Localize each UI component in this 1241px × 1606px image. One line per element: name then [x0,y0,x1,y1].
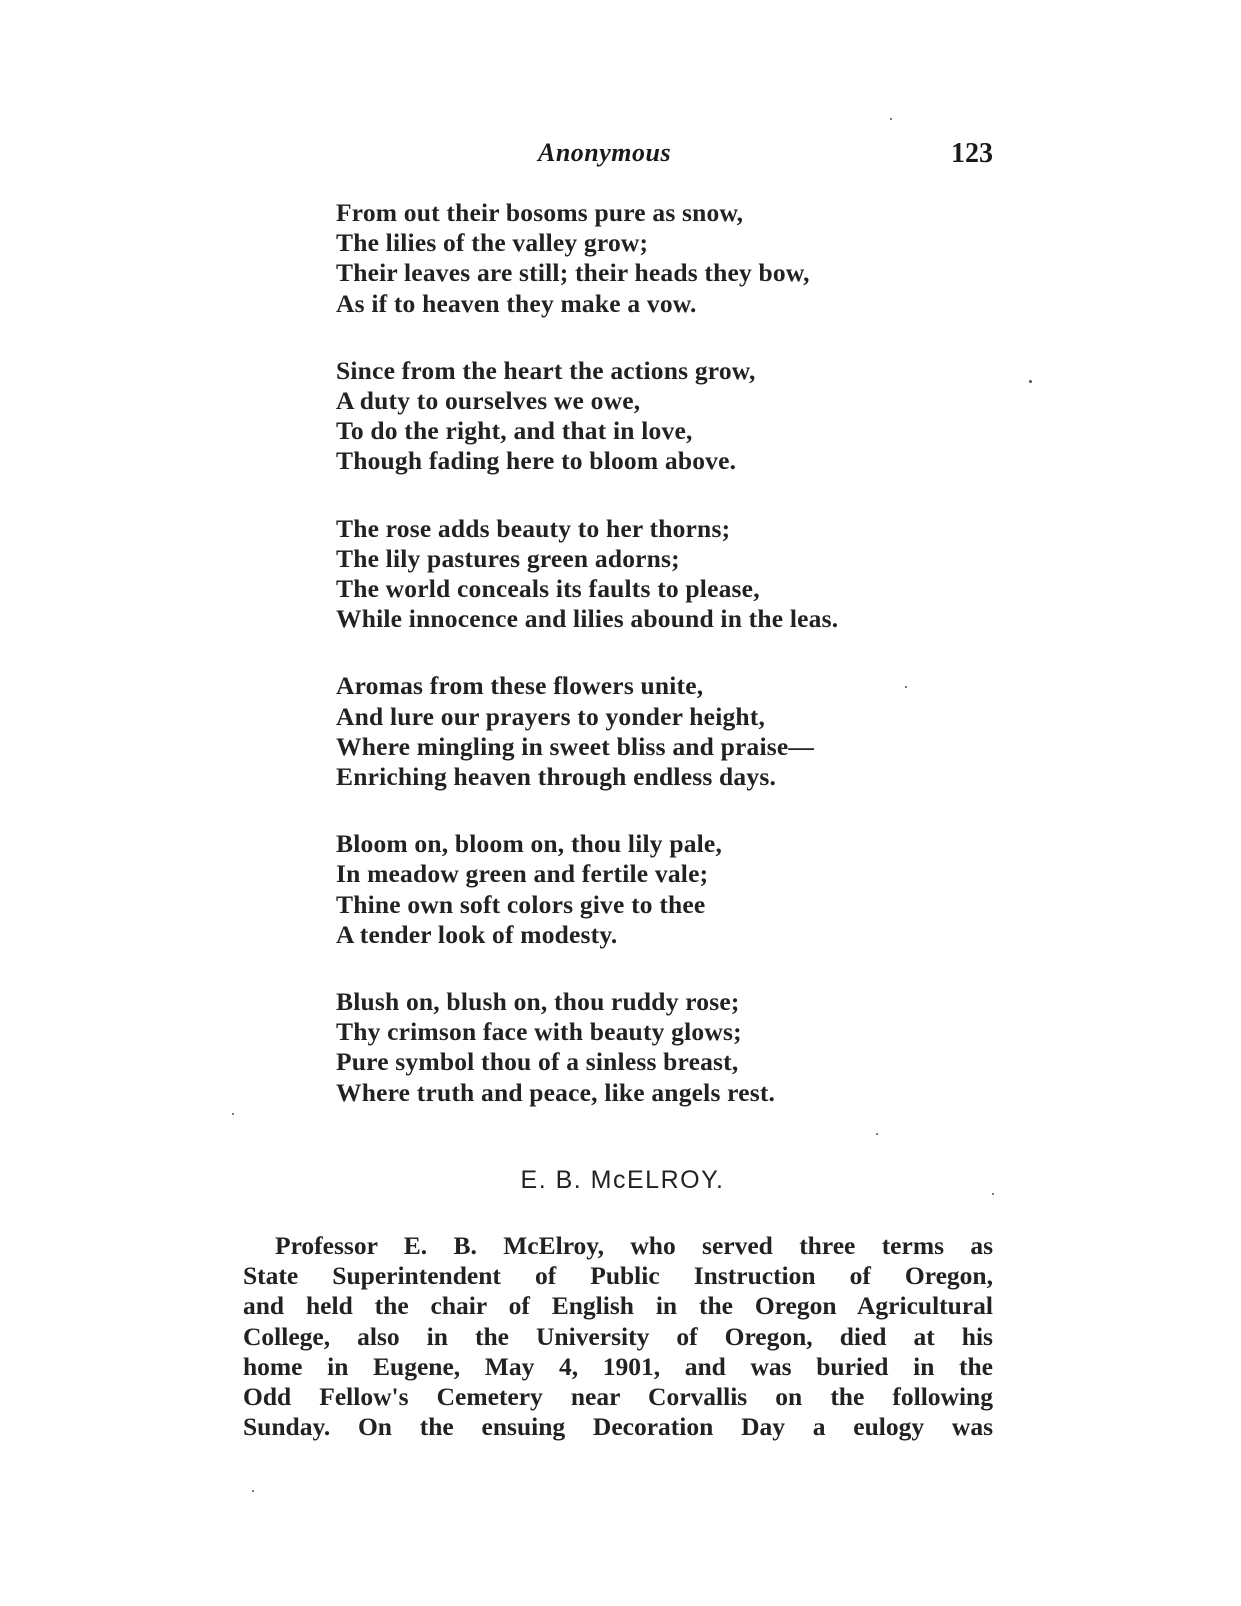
paragraph-line: Odd Fellow's Cemetery near Corvallis on … [243,1382,993,1412]
paragraph-line: and held the chair of English in the Ore… [243,1291,993,1321]
stanza: Bloom on, bloom on, thou lily pale, In m… [336,829,976,950]
scan-speck [252,1490,254,1492]
poem-line: The lily pastures green adorns; [336,544,976,574]
poem-line: Enriching heaven through endless days. [336,762,976,792]
paragraph-line: home in Eugene, May 4, 1901, and was bur… [243,1352,993,1382]
scan-speck [905,686,907,688]
section-heading-text: E. B. McELROY. [521,1166,725,1194]
biography-paragraph: Professor E. B. McElroy, who served thre… [243,1231,993,1442]
poem-line: Where truth and peace, like angels rest. [336,1078,976,1108]
poem-line: Thine own soft colors give to thee [336,890,976,920]
poem-line: From out their bosoms pure as snow, [336,198,976,228]
poem-line: A duty to ourselves we owe, [336,386,976,416]
poem-line: The lilies of the valley grow; [336,228,976,258]
poem-line: Where mingling in sweet bliss and praise… [336,732,976,762]
scan-speck [232,1113,234,1115]
stanza: Aromas from these flowers unite, And lur… [336,671,976,792]
running-title: Anonymous [538,138,671,168]
poem-line: Though fading here to bloom above. [336,446,976,476]
running-head: Anonymous 123 [0,138,1241,178]
poem-line: To do the right, and that in love, [336,416,976,446]
section-heading: E. B. McELROY. [0,1166,1241,1195]
paragraph-line: College, also in the University of Orego… [243,1322,993,1352]
poem-line: Bloom on, bloom on, thou lily pale, [336,829,976,859]
book-page: Anonymous 123 From out their bosoms pure… [0,0,1241,1606]
stanza: Since from the heart the actions grow, A… [336,356,976,477]
poem-line: Pure symbol thou of a sinless breast, [336,1047,976,1077]
poem-line: As if to heaven they make a vow. [336,289,976,319]
poem-line: Blush on, blush on, thou ruddy rose; [336,987,976,1017]
poem-line: While innocence and lilies abound in the… [336,604,976,634]
poem-line: In meadow green and fertile vale; [336,859,976,889]
poem-line: Aromas from these flowers unite, [336,671,976,701]
poem-line: Their leaves are still; their heads they… [336,258,976,288]
paragraph-line: Sunday. On the ensuing Decoration Day a … [243,1412,993,1442]
poem-line: Since from the heart the actions grow, [336,356,976,386]
poem-line: A tender look of modesty. [336,920,976,950]
scan-speck [1029,380,1032,383]
poem-line: Thy crimson face with beauty glows; [336,1017,976,1047]
poem-line: The rose adds beauty to her thorns; [336,514,976,544]
scan-speck [992,1193,994,1195]
stanza: The rose adds beauty to her thorns; The … [336,514,976,635]
poem: From out their bosoms pure as snow, The … [336,198,976,1145]
page-number: 123 [951,138,993,170]
paragraph-line: State Superintendent of Public Instructi… [243,1261,993,1291]
scan-speck [890,118,892,120]
stanza: From out their bosoms pure as snow, The … [336,198,976,319]
stanza: Blush on, blush on, thou ruddy rose; Thy… [336,987,976,1108]
scan-speck [876,1133,878,1135]
paragraph-line: Professor E. B. McElroy, who served thre… [243,1231,993,1261]
poem-line: And lure our prayers to yonder height, [336,702,976,732]
poem-line: The world conceals its faults to please, [336,574,976,604]
